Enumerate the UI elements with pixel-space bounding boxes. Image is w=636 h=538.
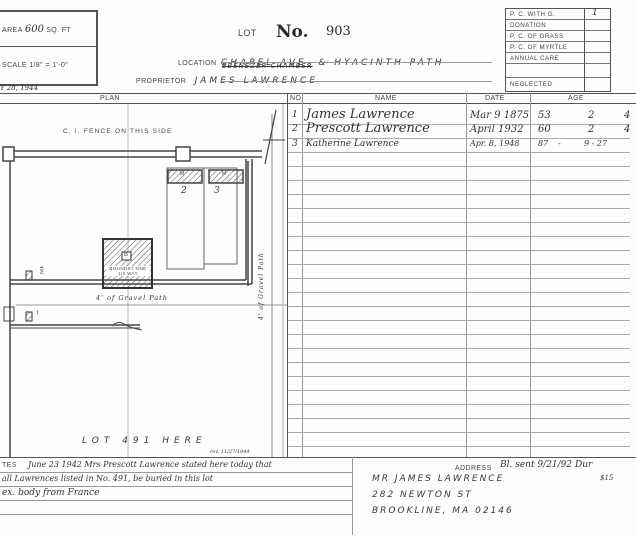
- monument-text: BOUNDS? ONE 1/2 WAY: [106, 266, 150, 276]
- row-age-years: 87: [538, 139, 548, 148]
- area-scale-box: AREA 600 SQ. FT SCALE 1/8" = 1'-0": [0, 10, 98, 86]
- location-label: LOCATION: [178, 60, 216, 67]
- scale-value: 1/8" = 1'-0": [29, 62, 68, 69]
- area-value: 600: [25, 24, 44, 35]
- address-line: MR JAMES LAWRENCE: [372, 474, 504, 484]
- scale-field: SCALE 1/8" = 1'-0": [2, 60, 68, 69]
- left-mark-label: 491: [38, 266, 43, 275]
- row-age-years: 60: [538, 124, 551, 135]
- care-row: P. C. OF MYRTLE: [506, 42, 610, 53]
- address-note: Bl. sent 9/21/92 Dur: [500, 460, 592, 470]
- scale-label: SCALE: [2, 62, 27, 69]
- perpetual-care-box: P. C. WITH G. DONATION P. C. OF GRASS P.…: [505, 8, 611, 92]
- row-name: Prescott Lawrence: [306, 121, 430, 136]
- marker-label: M: [222, 171, 227, 177]
- area-label: AREA: [2, 27, 23, 34]
- row-no: 3: [292, 139, 298, 149]
- plot-plan-drawing: [0, 104, 287, 457]
- fence-note: C. I. FENCE ON THIS SIDE: [63, 128, 173, 135]
- bottom-path-label: 4' of Gravel Path: [96, 294, 168, 302]
- row-age-months: 2: [588, 110, 594, 121]
- lot-no-symbol: No.: [276, 22, 309, 42]
- address-note-amount: $15: [600, 474, 613, 482]
- plan-reference: rev. 11/27/1944: [210, 449, 250, 455]
- row-age-days: 9 - 27: [584, 139, 607, 148]
- care-row: ANNUAL CARE: [506, 53, 610, 64]
- address-line: 282 NEWTON ST: [372, 490, 473, 500]
- register-row: 2 Prescott Lawrence April 1932 60 2 4: [288, 124, 630, 138]
- care-row: DONATION: [506, 20, 610, 31]
- grave-label: 3: [214, 186, 220, 196]
- row-name: James Lawrence: [306, 107, 415, 122]
- notes-line: June 23 1942 Mrs Prescott Lawrence state…: [28, 460, 272, 469]
- lot-note: LOT 491 HERE: [82, 436, 207, 446]
- register-row: 3 Katherine Lawrence Apr. 8, 1948 87 - 9…: [288, 139, 630, 151]
- notes-line: all Lawrences listed in No. 491, be buri…: [2, 474, 213, 483]
- left-mark-label: 1: [36, 310, 39, 316]
- address-line: BROOKLINE, MA 02146: [372, 506, 514, 516]
- row-age-days: 4: [624, 110, 630, 121]
- plan-date: Y 28, 1944: [0, 84, 38, 92]
- row-date: Apr. 8, 1948: [470, 139, 519, 148]
- row-name: Katherine Lawrence: [306, 139, 399, 149]
- right-path-label: 4' of Gravel Path: [258, 252, 265, 320]
- care-row: NEGLECTED: [506, 78, 610, 91]
- care-row: [506, 64, 610, 78]
- address-label: ADDRESS: [455, 465, 492, 472]
- monument-letter: B: [124, 252, 128, 258]
- care-mark: 1: [592, 8, 598, 18]
- col-name: NAME: [375, 95, 397, 102]
- col-age: AGE: [568, 95, 584, 102]
- care-row: P. C. OF GRASS: [506, 31, 610, 42]
- col-no: NO: [290, 95, 301, 102]
- marker-label: M: [180, 171, 185, 177]
- row-no: 2: [292, 124, 298, 134]
- row-age-months: 2: [588, 124, 594, 135]
- row-no: 1: [292, 110, 298, 120]
- row-age-months: -: [558, 139, 561, 148]
- grave-label: 2: [181, 186, 187, 196]
- plan-label: PLAN: [100, 95, 120, 102]
- area-field: AREA 600 SQ. FT: [2, 24, 71, 35]
- lot-label: LOT: [238, 28, 257, 38]
- proprietor-field: PROPRIETOR JAMES LAWRENCE: [136, 70, 318, 88]
- row-age-years: 53: [538, 110, 551, 121]
- location-struck: EBENEZER CHAMBER: [222, 62, 313, 70]
- area-unit: SQ. FT: [46, 27, 71, 34]
- row-date: Mar 9 1875: [470, 110, 529, 121]
- row-date: April 1932: [470, 124, 523, 135]
- col-date: DATE: [485, 95, 505, 102]
- row-age-days: 4: [624, 124, 630, 135]
- notes-line: ex. body from France: [2, 488, 100, 498]
- notes-label: TES: [2, 462, 17, 469]
- proprietor-label: PROPRIETOR: [136, 78, 186, 85]
- lot-number: 903: [326, 24, 351, 39]
